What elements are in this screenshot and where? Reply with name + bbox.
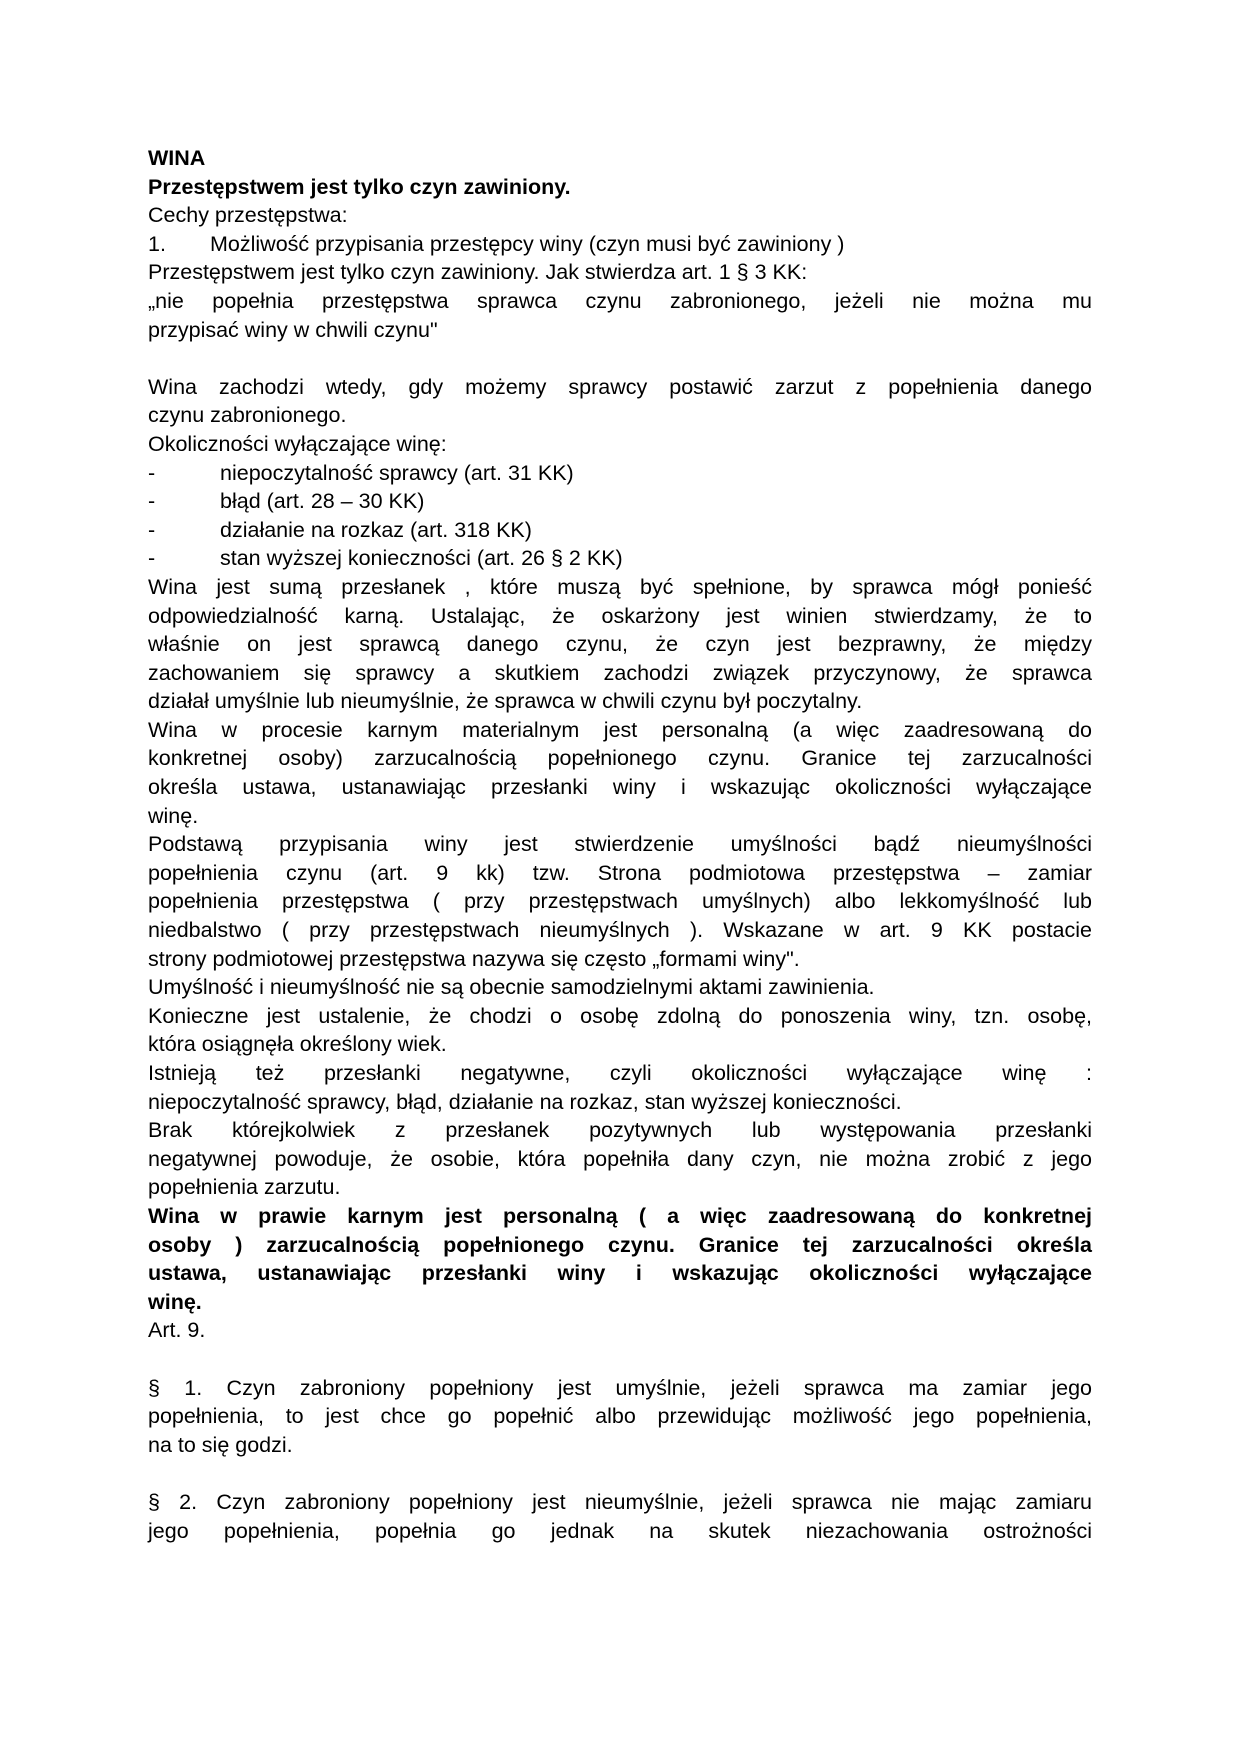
numbered-item: 1.Możliwość przypisania przestępcy winy …: [148, 230, 1092, 259]
paragraph-line: negatywnej powoduje, że osobie, która po…: [148, 1145, 1092, 1174]
list-item: -działanie na rozkaz (art. 318 KK): [148, 516, 1092, 545]
section-line: jego popełnienia, popełnia go jednak na …: [148, 1517, 1092, 1546]
intro-line: Przestępstwem jest tylko czyn zawiniony.…: [148, 258, 1092, 287]
dash-bullet-icon: -: [148, 487, 220, 516]
article-section-2: § 2. Czyn zabroniony popełniony jest nie…: [148, 1488, 1092, 1545]
paragraph-guilt-premises: Wina jest sumą przesłanek , które muszą …: [148, 573, 1092, 716]
numbered-item-text: Możliwość przypisania przestępcy winy (c…: [210, 232, 844, 256]
summary-line: Wina w prawie karnym jest personalną ( a…: [148, 1202, 1092, 1231]
blank-line: [148, 1345, 1092, 1374]
list-item: -niepoczytalność sprawcy (art. 31 KK): [148, 459, 1092, 488]
numbered-marker: 1.: [148, 230, 210, 259]
paragraph-line: Istnieją też przesłanki negatywne, czyli…: [148, 1059, 1092, 1088]
list-item-text: stan wyższej konieczności (art. 26 § 2 K…: [220, 546, 623, 570]
paragraph-line: Wina jest sumą przesłanek , które muszą …: [148, 573, 1092, 602]
list-item-text: niepoczytalność sprawcy (art. 31 KK): [220, 461, 574, 485]
section-line-end: na to się godzi.: [148, 1431, 1092, 1460]
dash-bullet-icon: -: [148, 459, 220, 488]
document-page: WINA Przestępstwem jest tylko czyn zawin…: [148, 144, 1092, 1545]
paragraph-line: Brak którejkolwiek z przesłanek pozytywn…: [148, 1116, 1092, 1145]
paragraph-line-end: popełnienia zarzutu.: [148, 1173, 1092, 1202]
paragraph-line-end: winę.: [148, 802, 1092, 831]
paragraph-line: popełnienia czynu (art. 9 kk) tzw. Stron…: [148, 859, 1092, 888]
paragraph-line: zachowaniem się sprawcy a skutkiem zacho…: [148, 659, 1092, 688]
paragraph-line-end: działał umyślnie lub nieumyślnie, że spr…: [148, 687, 1092, 716]
definition-line: Wina zachodzi wtedy, gdy możemy sprawcy …: [148, 373, 1092, 402]
paragraph-line: Konieczne jest ustalenie, że chodzi o os…: [148, 1002, 1092, 1031]
paragraph-line: Wina w procesie karnym materialnym jest …: [148, 716, 1092, 745]
quote-line: „nie popełnia przestępstwa sprawca czynu…: [148, 287, 1092, 316]
list-item: -błąd (art. 28 – 30 KK): [148, 487, 1092, 516]
exclusions-list: -niepoczytalność sprawcy (art. 31 KK) -b…: [148, 459, 1092, 573]
document-title: WINA: [148, 144, 1092, 173]
paragraph-line: konkretnej osoby) zarzucalnością popełni…: [148, 744, 1092, 773]
document-subtitle: Przestępstwem jest tylko czyn zawiniony.: [148, 173, 1092, 202]
paragraph-capacity: Konieczne jest ustalenie, że chodzi o os…: [148, 1002, 1092, 1059]
blank-line: [148, 344, 1092, 373]
paragraph-intent: Umyślność i nieumyślność nie są obecnie …: [148, 973, 1092, 1002]
article-heading: Art. 9.: [148, 1316, 1092, 1345]
summary-line: ustawa, ustanawiając przesłanki winy i w…: [148, 1259, 1092, 1288]
features-label: Cechy przestępstwa:: [148, 201, 1092, 230]
paragraph-line: niedbalstwo ( przy przestępstwach nieumy…: [148, 916, 1092, 945]
section-line: popełnienia, to jest chce go popełnić al…: [148, 1402, 1092, 1431]
paragraph-line: właśnie on jest sprawcą danego czynu, że…: [148, 630, 1092, 659]
paragraph-line: określa ustawa, ustanawiając przesłanki …: [148, 773, 1092, 802]
summary-line-end: winę.: [148, 1288, 1092, 1317]
paragraph-lack-of-premises: Brak którejkolwiek z przesłanek pozytywn…: [148, 1116, 1092, 1202]
quote-line-end: przypisać winy w chwili czynu": [148, 316, 1092, 345]
bold-summary: Wina w prawie karnym jest personalną ( a…: [148, 1202, 1092, 1316]
list-item-text: działanie na rozkaz (art. 318 KK): [220, 518, 532, 542]
paragraph-line: popełnienia przestępstwa ( przy przestęp…: [148, 887, 1092, 916]
section-line: § 2. Czyn zabroniony popełniony jest nie…: [148, 1488, 1092, 1517]
section-line: § 1. Czyn zabroniony popełniony jest umy…: [148, 1374, 1092, 1403]
exclusions-label: Okoliczności wyłączające winę:: [148, 430, 1092, 459]
paragraph-line: Podstawą przypisania winy jest stwierdze…: [148, 830, 1092, 859]
paragraph-line-end: strony podmiotowej przestępstwa nazywa s…: [148, 945, 1092, 974]
paragraph-line-end: niepoczytalność sprawcy, błąd, działanie…: [148, 1088, 1092, 1117]
paragraph-basis-of-guilt: Podstawą przypisania winy jest stwierdze…: [148, 830, 1092, 973]
summary-line: osoby ) zarzucalnością popełnionego czyn…: [148, 1231, 1092, 1260]
dash-bullet-icon: -: [148, 516, 220, 545]
paragraph-line-end: Umyślność i nieumyślność nie są obecnie …: [148, 973, 1092, 1002]
paragraph-negative-premises: Istnieją też przesłanki negatywne, czyli…: [148, 1059, 1092, 1116]
paragraph-line-end: która osiągnęła określony wiek.: [148, 1030, 1092, 1059]
list-item-text: błąd (art. 28 – 30 KK): [220, 489, 424, 513]
list-item: -stan wyższej konieczności (art. 26 § 2 …: [148, 544, 1092, 573]
blank-line: [148, 1459, 1092, 1488]
dash-bullet-icon: -: [148, 544, 220, 573]
article-section-1: § 1. Czyn zabroniony popełniony jest umy…: [148, 1374, 1092, 1460]
definition-line-end: czynu zabronionego.: [148, 401, 1092, 430]
paragraph-line: odpowiedzialność karną. Ustalając, że os…: [148, 602, 1092, 631]
paragraph-material-process: Wina w procesie karnym materialnym jest …: [148, 716, 1092, 830]
